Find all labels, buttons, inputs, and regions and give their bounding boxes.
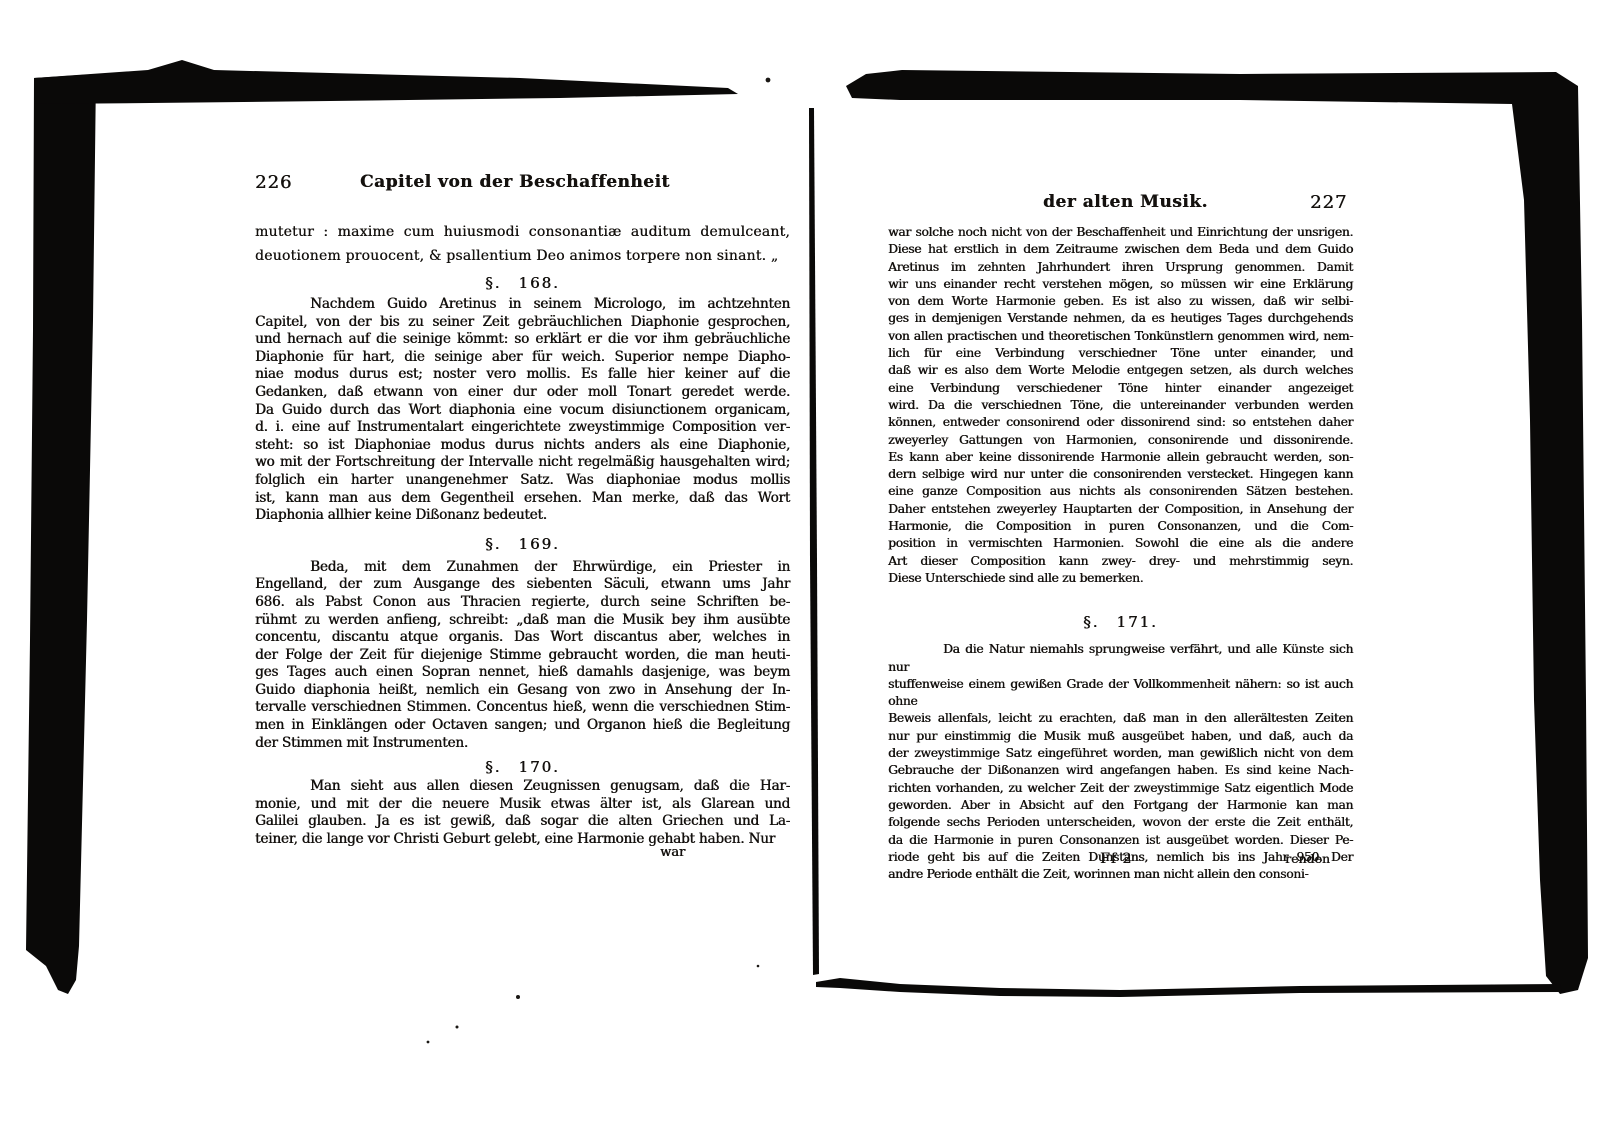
text-line: Art dieser Composition kann zwey- drey- …	[888, 553, 1353, 570]
right-page-number: 227	[1310, 192, 1347, 213]
text-line: Capitel, von der bis zu seiner Zeit gebr…	[255, 314, 790, 332]
text-line: daß wir es also dem Worte Melodie entgeg…	[888, 362, 1353, 379]
text-line: Aretinus im zehnten Jahrhundert ihren Ur…	[888, 259, 1353, 276]
text-line: Harmonie, die Composition in puren Conso…	[888, 518, 1353, 535]
left-page: 226 Capitel von der Beschaffenheit mutet…	[255, 172, 790, 849]
left-page-text: mutetur : maxime cum huiusmodi consonant…	[255, 220, 790, 849]
text-line: stuffenweise einem gewißen Grade der Vol…	[888, 676, 1353, 711]
paragraph: Man sieht aus allen diesen Zeugnissen ge…	[255, 778, 790, 848]
text-line: men in Einklängen oder Octaven sangen; u…	[255, 717, 790, 735]
right-page: der alten Musik. 227 war solche noch nic…	[888, 192, 1353, 883]
text-line: ges in demjenigen Verstande nehmen, da e…	[888, 310, 1353, 327]
text-line: zweyerley Gattungen von Harmonien, conso…	[888, 432, 1353, 449]
text-line: eine ganze Composition aus nichts als co…	[888, 483, 1353, 500]
text-line: Gedanken, daß etwann von einer dur oder …	[255, 384, 790, 402]
signature-mark: Ff 2	[1100, 851, 1132, 867]
text-line: wir uns einander recht verstehen mögen, …	[888, 276, 1353, 293]
text-line: Gebrauche der Dißonanzen wird angefangen…	[888, 762, 1353, 779]
text-line: lich für eine Verbindung verschiedner Tö…	[888, 345, 1353, 362]
text-line: d. i. eine auf Instrumentalart eingerich…	[255, 419, 790, 437]
text-line: teiner, die lange vor Christi Geburt gel…	[255, 831, 790, 849]
top-edge-shadow-left	[34, 60, 738, 104]
section-heading: §. 168.	[255, 272, 790, 294]
text-line: Diese hat erstlich in dem Zeitraume zwis…	[888, 241, 1353, 258]
text-line: Diaphonia allhier keine Dißonanz bedeute…	[255, 507, 790, 525]
text-line: concentu, discantu atque organis. Das Wo…	[255, 629, 790, 647]
text-line: richten vorhanden, zu welcher Zeit der z…	[888, 780, 1353, 797]
text-line: geworden. Aber in Absicht auf den Fortga…	[888, 797, 1353, 814]
text-line: der Folge der Zeit für diejenige Stimme …	[255, 647, 790, 665]
text-line: Nachdem Guido Aretinus in seinem Microlo…	[255, 296, 790, 314]
text-line: wird. Da die verschiednen Töne, die unte…	[888, 397, 1353, 414]
paragraph: Beda, mit dem Zunahmen der Ehrwürdige, e…	[255, 559, 790, 753]
text-line: können, entweder consonirend oder disson…	[888, 414, 1353, 431]
text-line: Es kann aber keine dissonirende Harmonie…	[888, 449, 1353, 466]
text-line: Guido diaphonia heißt, nemlich ein Gesan…	[255, 682, 790, 700]
text-line: wo mit der Fortschreitung der Intervalle…	[255, 454, 790, 472]
text-line: ist, kann man aus dem Gegentheil ersehen…	[255, 490, 790, 508]
left-running-title: Capitel von der Beschaffenheit	[360, 172, 670, 192]
scan-border-artifacts	[0, 0, 1600, 1121]
text-line: ges Tages auch einen Sopran nennet, hieß…	[255, 664, 790, 682]
section-heading: §. 169.	[255, 533, 790, 555]
right-running-title: der alten Musik.	[1043, 192, 1208, 212]
text-line: Da die Natur niemahls sprungweise verfäh…	[888, 641, 1353, 676]
text-line: war solche noch nicht von der Beschaffen…	[888, 224, 1353, 241]
text-line: da die Harmonie in puren Consonanzen ist…	[888, 832, 1353, 849]
text-line: Diaphonie für hart, die seinige aber für…	[255, 349, 790, 367]
text-line: folglich ein harter unangenehmer Satz. W…	[255, 472, 790, 490]
text-line: steht: so ist Diaphoniae modus durus nic…	[255, 437, 790, 455]
left-page-header: 226 Capitel von der Beschaffenheit	[255, 172, 790, 194]
text-line: von dem Worte Harmonie geben. Es ist als…	[888, 293, 1353, 310]
text-line: tervalle verschiednen Stimmen. Concentus…	[255, 699, 790, 717]
text-line: folgende sechs Perioden unterscheiden, w…	[888, 814, 1353, 831]
text-line: nur pur einstimmig die Musik muß ausgeüb…	[888, 728, 1353, 745]
text-line: Beda, mit dem Zunahmen der Ehrwürdige, e…	[255, 559, 790, 577]
text-line: Beweis allenfals, leicht zu erachten, da…	[888, 710, 1353, 727]
text-line: mutetur : maxime cum huiusmodi consonant…	[255, 220, 790, 244]
text-line: Da Guido durch das Wort diaphonia eine v…	[255, 402, 790, 420]
right-page-header: der alten Musik. 227	[888, 192, 1353, 214]
paragraph: mutetur : maxime cum huiusmodi consonant…	[255, 220, 790, 268]
text-line: Diese Unterschiede sind alle zu bemerken…	[888, 570, 1353, 587]
paragraph: war solche noch nicht von der Beschaffen…	[888, 224, 1353, 587]
section-heading: §. 171.	[888, 611, 1353, 633]
text-line: Galilei glauben. Ja es ist gewiß, daß so…	[255, 813, 790, 831]
paragraph: Da die Natur niemahls sprungweise verfäh…	[888, 641, 1353, 883]
text-line: deuotionem prouocent, & psallentium Deo …	[255, 244, 790, 268]
text-line: von allen practischen und theoretischen …	[888, 328, 1353, 345]
text-line: der zweystimmige Satz eingeführet worden…	[888, 745, 1353, 762]
catchword-left: war	[660, 845, 685, 860]
bottom-edge-shadow	[816, 978, 1562, 997]
text-line: position in vermischten Harmonien. Sowoh…	[888, 535, 1353, 552]
section-heading: §. 170.	[255, 756, 790, 778]
text-line: Engelland, der zum Ausgange des siebente…	[255, 576, 790, 594]
text-line: der Stimmen mit Instrumenten.	[255, 735, 790, 753]
text-line: eine Verbindung verschiedener Töne hinte…	[888, 380, 1353, 397]
center-gutter-shadow	[809, 108, 819, 975]
right-page-text: war solche noch nicht von der Beschaffen…	[888, 224, 1353, 883]
text-line: monie, und mit der die neuere Musik etwa…	[255, 796, 790, 814]
left-page-number: 226	[255, 172, 292, 193]
text-line: andre Periode enthält die Zeit, worinnen…	[888, 866, 1353, 883]
text-line: dern selbige wird nur unter die consonir…	[888, 466, 1353, 483]
text-line: Daher entstehen zweyerley Hauptarten der…	[888, 501, 1353, 518]
left-binding-shadow	[26, 74, 96, 994]
text-line: rühmt zu werden anfieng, schreibt: „daß …	[255, 612, 790, 630]
text-line: und hernach auf die seinige kömmt: so er…	[255, 331, 790, 349]
scanned-book-spread: 226 Capitel von der Beschaffenheit mutet…	[0, 0, 1600, 1121]
catchword-right: renden	[1285, 851, 1330, 866]
paragraph: Nachdem Guido Aretinus in seinem Microlo…	[255, 296, 790, 525]
text-line: Man sieht aus allen diesen Zeugnissen ge…	[255, 778, 790, 796]
text-line: niae modus durus est; noster vero mollis…	[255, 366, 790, 384]
text-line: 686. als Pabst Conon aus Thracien regier…	[255, 594, 790, 612]
